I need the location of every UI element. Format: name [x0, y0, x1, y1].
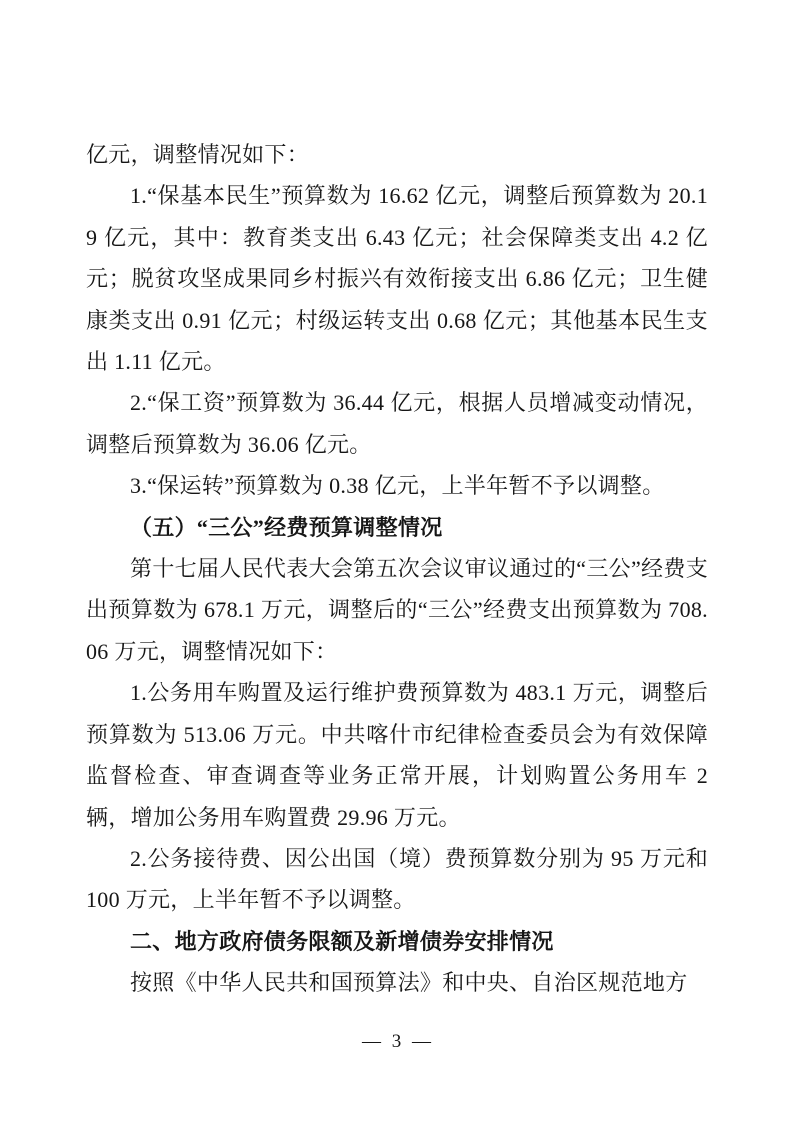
document-page: 亿元，调整情况如下： 1.“保基本民生”预算数为 16.62 亿元，调整后预算数…	[0, 0, 793, 1122]
paragraph-bao-gongzi: 2.“保工资”预算数为 36.44 亿元，根据人员增减变动情况，调整后预算数为 …	[86, 382, 708, 465]
paragraph-continuation-adjustment-intro: 亿元，调整情况如下：	[86, 134, 708, 175]
paragraph-bao-jiben-minsheng: 1.“保基本民生”预算数为 16.62 亿元，调整后预算数为 20.19 亿元，…	[86, 175, 708, 382]
paragraph-bao-yunzhuan: 3.“保运转”预算数为 0.38 亿元，上半年暂不予以调整。	[86, 465, 708, 506]
paragraph-reception-and-abroad-expense: 2.公务接待费、因公出国（境）费预算数分别为 95 万元和 100 万元，上半年…	[86, 838, 708, 921]
document-text-block: 亿元，调整情况如下： 1.“保基本民生”预算数为 16.62 亿元，调整后预算数…	[86, 134, 708, 1004]
paragraph-budget-law-reference: 按照《中华人民共和国预算法》和中央、自治区规范地方	[86, 962, 708, 1003]
paragraph-official-vehicle-expense: 1.公务用车购置及运行维护费预算数为 483.1 万元，调整后预算数为 513.…	[86, 672, 708, 838]
page-number: — 3 —	[0, 1028, 793, 1056]
section-heading-two-local-government-debt: 二、地方政府债务限额及新增债券安排情况	[86, 921, 708, 962]
section-heading-five-sangong-budget-adjustment: （五）“三公”经费预算调整情况	[86, 507, 708, 548]
paragraph-sangong-budget-overview: 第十七届人民代表大会第五次会议审议通过的“三公”经费支出预算数为 678.1 万…	[86, 548, 708, 672]
